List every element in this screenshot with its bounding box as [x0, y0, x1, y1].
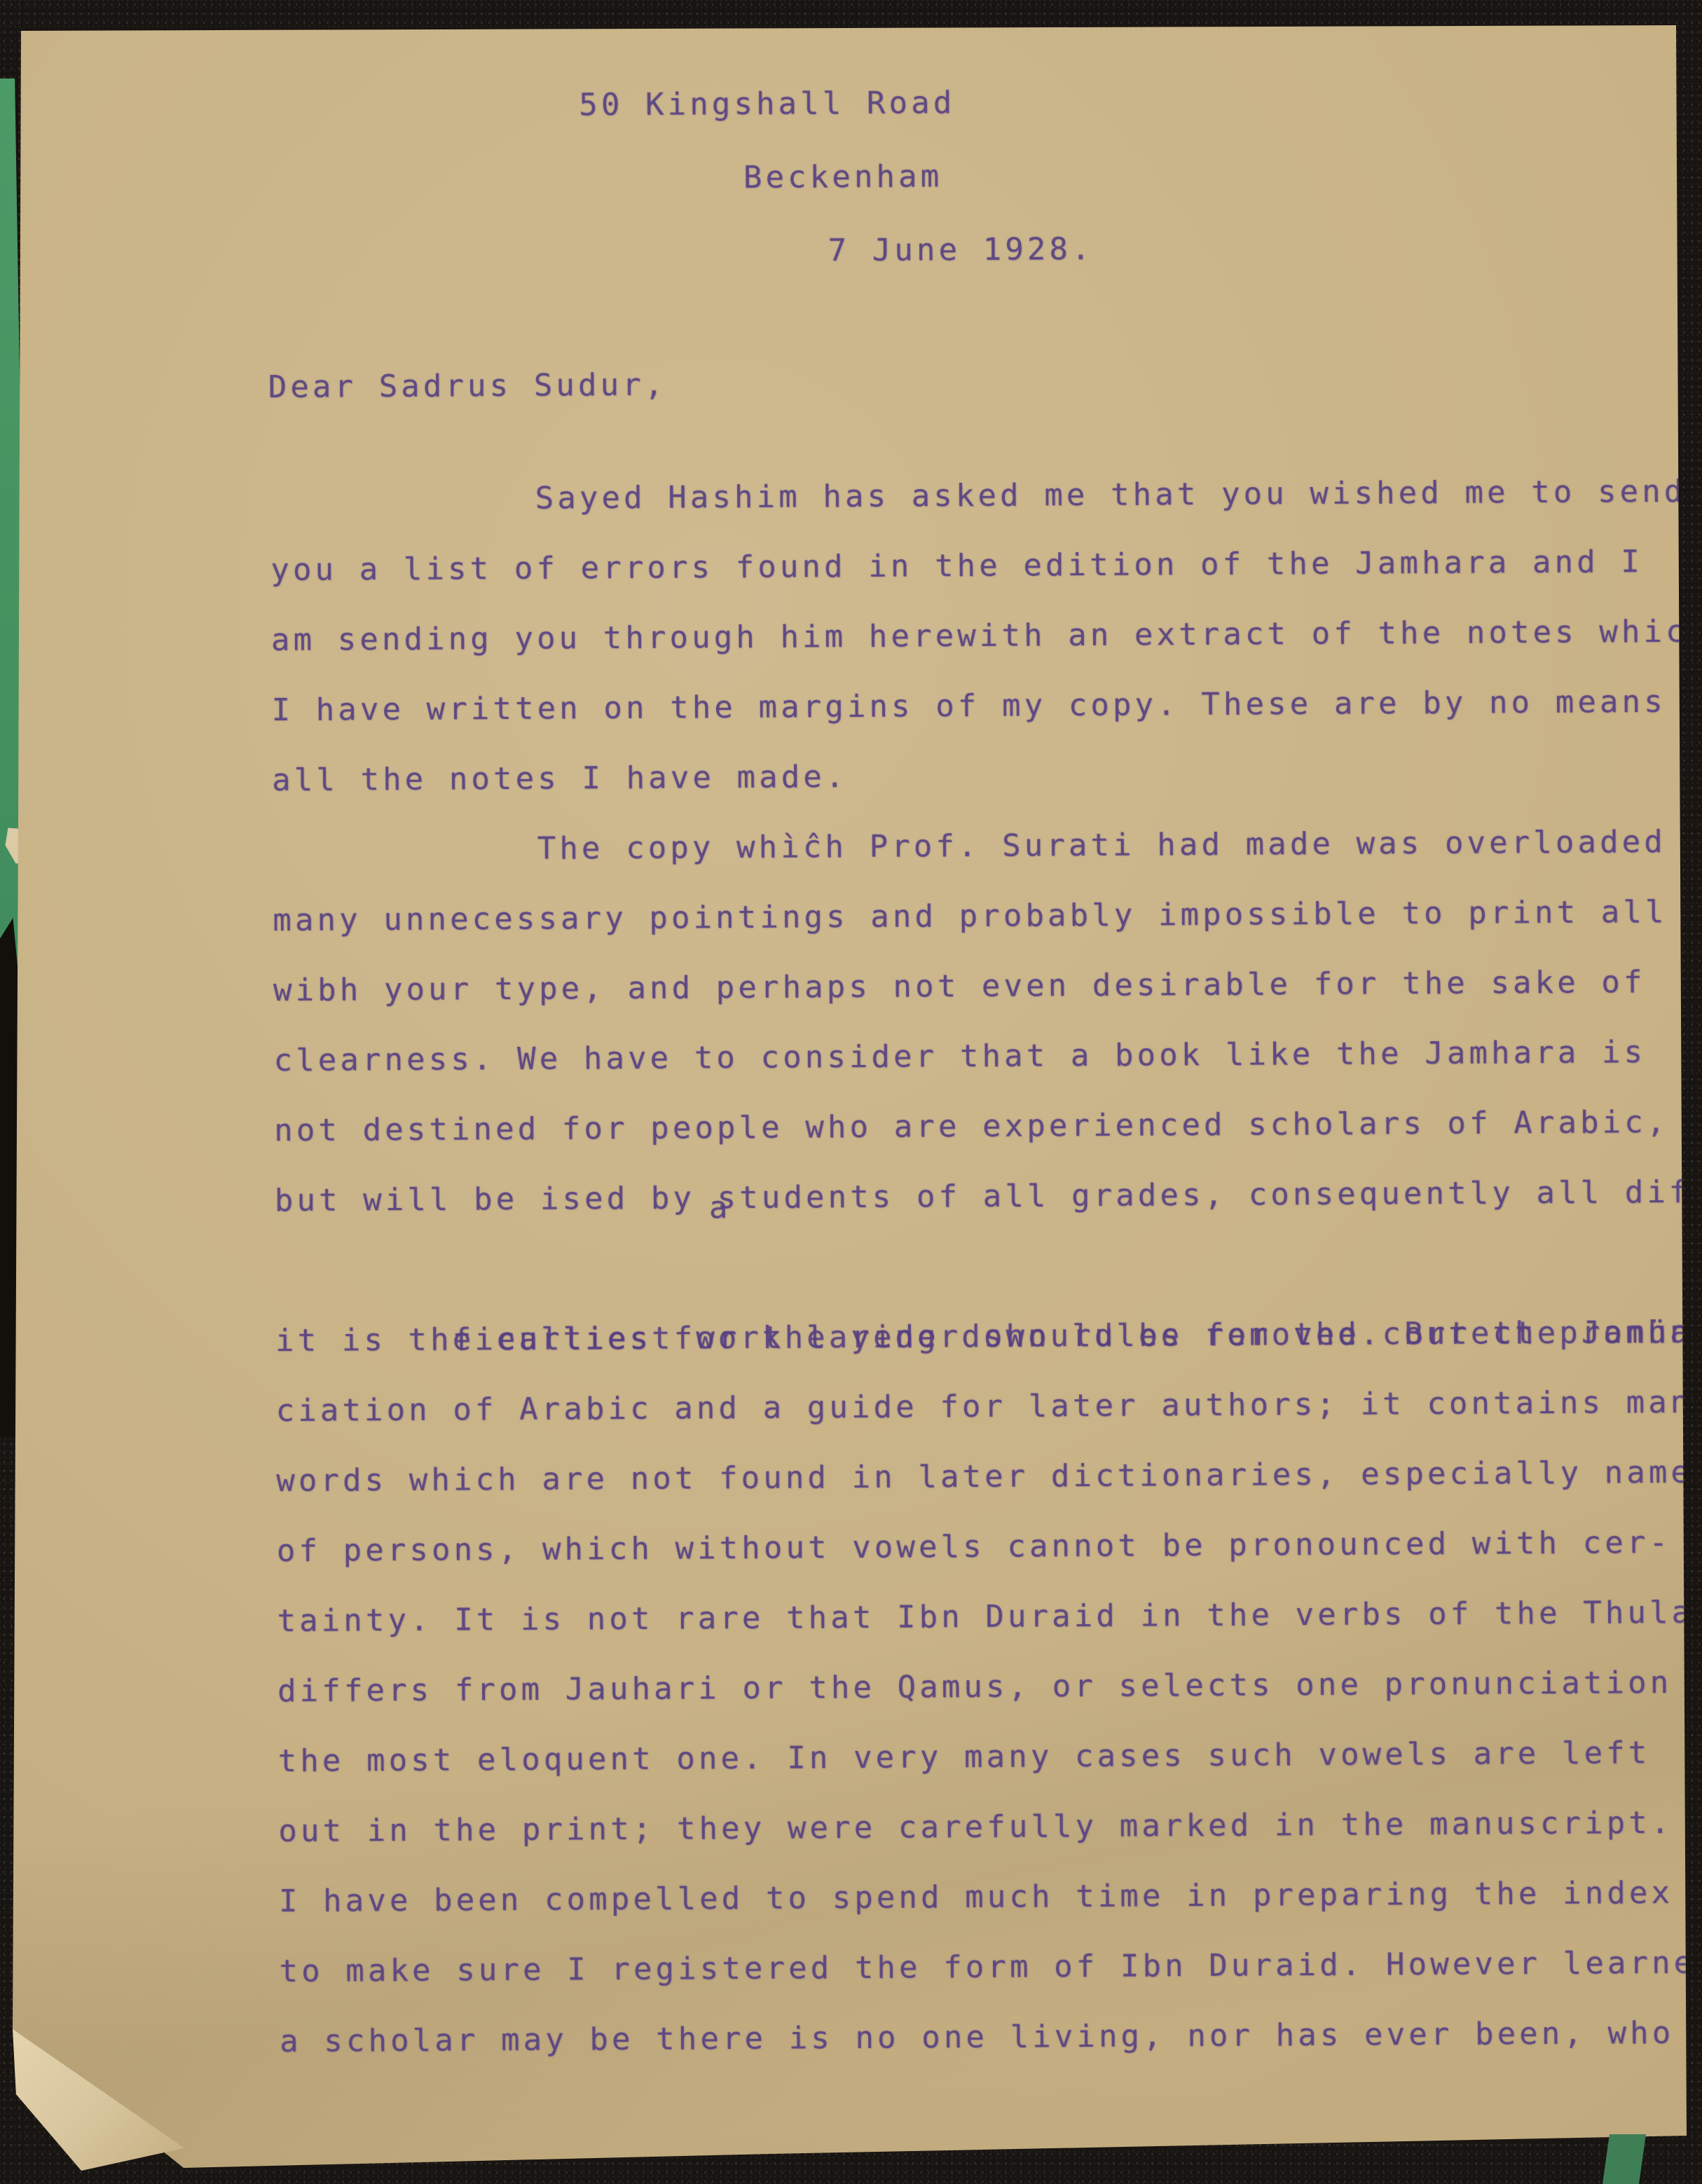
sender-address-line-2: Beckenham	[743, 161, 943, 193]
typewritten-content: 50 Kingshall Road Beckenham 7 June 1928.…	[0, 0, 1702, 2184]
letter-line: wibh your type, and perhaps not even des…	[273, 947, 1702, 1026]
salutation: Dear Sadrus Sudur,	[268, 370, 667, 403]
letter-line: The copy whìĉh Prof. Surati had made was…	[272, 806, 1702, 886]
letter-line: clearness. We have to consider that a bo…	[273, 1017, 1702, 1096]
letter-line: I have written on the margins of my copy…	[271, 666, 1702, 746]
letter-line: differs from Jauhari or the Qamus, or se…	[277, 1647, 1702, 1726]
letter-line: a scholar may be there is no one living,…	[280, 1998, 1702, 2077]
letter-line: you a list of errors found in the editio…	[270, 526, 1702, 605]
letter-date: 7 June 1928.	[828, 234, 1093, 266]
letter-paper: 50 Kingshall Road Beckenham 7 June 1928.…	[0, 0, 1702, 2184]
letter-line: to make sure I registered the form of Ib…	[279, 1928, 1702, 2007]
letter-line: ciation of Arabic and a guide for later …	[275, 1367, 1702, 1446]
letter-line: but will be ised by students of all grad…	[274, 1157, 1702, 1236]
letter-line: aficulties for the reder should be remov…	[275, 1227, 1702, 1306]
letter-line: I have been compelled to spend much time…	[279, 1857, 1702, 1937]
letter-line: of persons, which without vowels cannot …	[277, 1507, 1702, 1586]
letter-line: all the notes I have made.	[272, 736, 1702, 816]
letter-line: it is the earliest work laying down rule…	[275, 1297, 1702, 1376]
letter-line: words which are not found in later dicti…	[276, 1437, 1702, 1516]
sender-address-line-1: 50 Kingshall Road	[579, 88, 955, 121]
letter-line: tainty. It is not rare that Ibn Duraid i…	[277, 1577, 1702, 1656]
letter-line: many unnecessary pointings and probably …	[273, 877, 1702, 956]
letter-line: out in the print; they were carefully ma…	[278, 1787, 1702, 1867]
scanned-letter-page: { "letter": { "sender_address_line_1": "…	[0, 0, 1702, 2184]
letter-line: am sending you through him herewith an e…	[271, 596, 1702, 675]
typed-insertion-a: a	[709, 1193, 732, 1223]
green-sliver	[1603, 2134, 1646, 2184]
letter-line: Sayed Hashim has asked me that you wishe…	[270, 456, 1702, 535]
letter-line: not destined for people who are experien…	[274, 1087, 1702, 1166]
letter-body: Sayed Hashim has asked me that you wishe…	[270, 456, 1702, 2077]
letter-line: the most eloquent one. In very many case…	[277, 1717, 1702, 1797]
